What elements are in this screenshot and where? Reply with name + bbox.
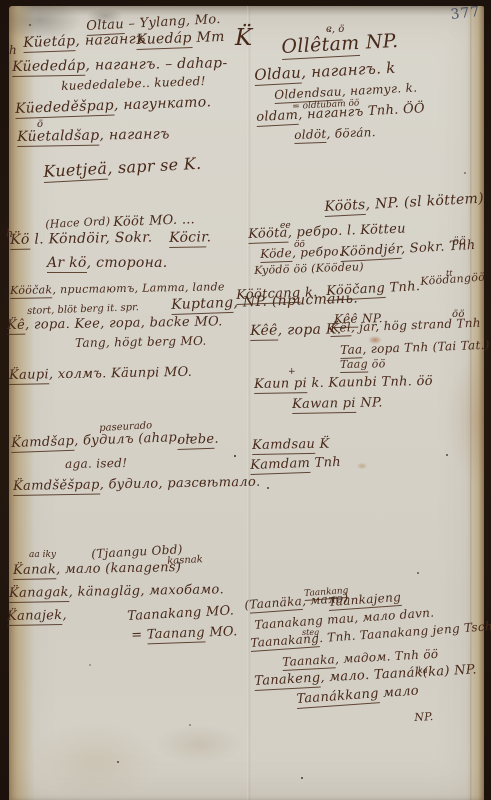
manuscript-line: Kêê, гора K. [250,322,342,338]
manuscript-line: K̈anak, мало (kanagens) [13,561,181,578]
manuscript-photo: 377 Oltau – Yylang, Mo. h Küetáp, наганг… [0,0,491,800]
margin-note: öö [452,235,466,247]
manuscript-line: Kawan pi NP. [292,396,383,411]
manuscript-page: 377 Oltau – Yylang, Mo. h Küetáp, наганг… [9,6,484,800]
page-edge-line [470,6,472,800]
manuscript-line: Köötcang k. [236,286,318,302]
manuscript-line: olebe. [177,433,219,448]
manuscript-line: K̈ê, гора. Kee, гора, backe MO. [7,315,223,332]
manuscript-line: Küetaldšap, нагангъ [17,127,170,144]
manuscript-line: Kööt MO. … [113,213,195,229]
interlinear-note: kasnak [167,555,203,567]
manuscript-line: K̈anagak, känagläg, махобамо. [9,583,224,600]
manuscript-line: Kuetjeä, ѕapr se K. [43,156,202,181]
manuscript-line: Küededěšpap, нагункато. [15,95,211,117]
manuscript-line: Ar kö, сторона. [47,256,168,271]
manuscript-line: Oldau, нагангъ. k [254,61,396,84]
manuscript-line: aga. ised! [65,457,127,471]
manuscript-line: oldam, нагангъ Tnh. ÖÖ [256,102,425,124]
manuscript-line: Kaun pi k. Kaunbi Tnh. öö [254,375,433,392]
capital-letter-mark: K̈ [235,26,252,50]
manuscript-line: Kamdsau K̈ [252,438,330,453]
dialect-note: (Hace Ord) [45,216,111,231]
manuscript-line: Kuedáp Mm [136,30,225,48]
manuscript-line: Ollêtam NP. [281,32,399,58]
manuscript-line: K̈ö l. Köndöir, Sokr. [10,231,153,248]
manuscript-line: Kamdam Tnh [250,456,341,473]
manuscript-line: Tang, högt berg MO. [75,335,207,350]
page-number: 377 [450,5,481,23]
manuscript-line: NP. [414,711,434,724]
manuscript-line: Kyödö öö (Köödeu) [254,261,364,276]
interlinear-note: aa iky [29,551,56,560]
interlinear-note: ka [418,667,428,675]
fold-crease [247,6,251,800]
margin-mark: h [9,44,17,57]
ink-specks [29,24,31,26]
manuscript-line: Taa, гора Tnh (Tai Tat.) [340,339,490,357]
margin-note: öö [452,310,465,321]
manuscript-line: Kööta, ребро. l. Kötteu [248,222,406,241]
manuscript-line: Taanakang MO. [127,604,235,623]
manuscript-line: Kööčak, пристаютъ, Lamma, lande [10,281,225,296]
manuscript-line: Taankajeng [328,591,401,609]
manuscript-line: kuededalebe.. kueded! [61,75,206,93]
manuscript-line: Köde, ребро. [260,245,343,260]
manuscript-line: Kööts, NP. (sl köttem) [324,192,484,215]
manuscript-line: K̈amdšěšpap, будило, разсвѣтало. [13,476,261,494]
manuscript-line: Köcir. [169,230,211,245]
manuscript-line: oldöt, бӧгán. [294,126,376,141]
manuscript-line: Küetáp, нагангъ [23,32,146,51]
manuscript-line: Taag öö [340,358,386,370]
manuscript-line: K̈anajek, [7,609,67,624]
manuscript-line: Küededáp, нагангъ. – dahap- [12,56,228,74]
manuscript-line: K̈amdšap, будилъ (ahap, – [11,431,193,451]
manuscript-line: Kööčang Tnh. [326,280,421,299]
manuscript-line: = Taanang MO. [131,625,238,642]
manuscript-line: Köödangöö [420,271,485,287]
manuscript-line: K̈aupi, холмъ. Käunpi MO. [9,366,192,383]
